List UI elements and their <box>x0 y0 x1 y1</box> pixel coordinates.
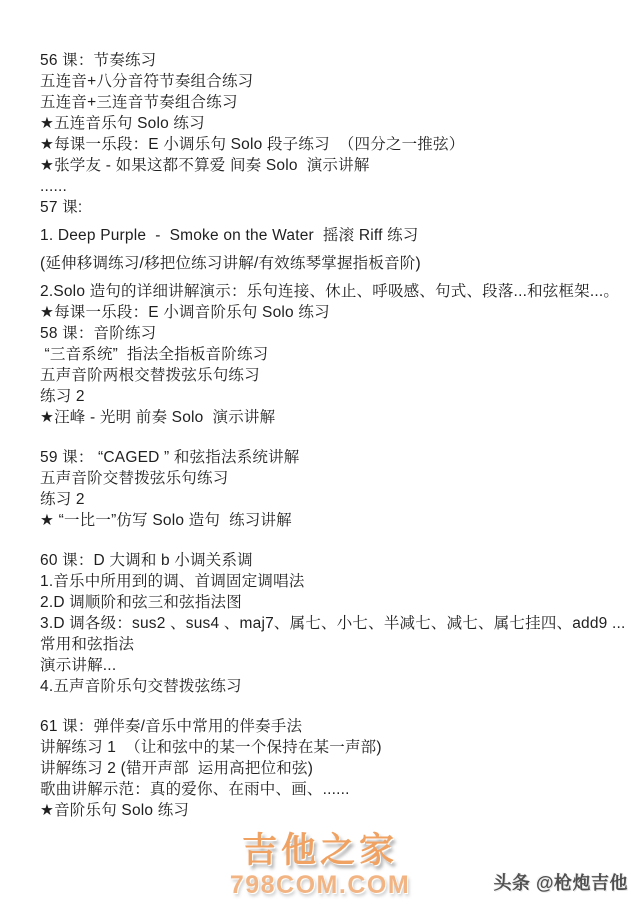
watermark-brand: 吉他之家 <box>0 833 640 869</box>
text-line: 61 课：弹伴奏/音乐中常用的伴奏手法 <box>40 716 634 737</box>
text-line: ★音阶乐句 Solo 练习 <box>40 800 634 821</box>
text-line: 59 课： “CAGED ” 和弦指法系统讲解 <box>40 447 634 468</box>
text-line: 60 课：D 大调和 b 小调关系调 <box>40 550 634 571</box>
text-line: 讲解练习 1 （让和弦中的某一个保持在某一声部) <box>40 737 634 758</box>
text-line: 1.音乐中所用到的调、首调固定调唱法 <box>40 571 634 592</box>
text-line: 2.Solo 造句的详细讲解演示：乐句连接、休止、呼吸感、句式、段落...和弦框… <box>40 281 634 302</box>
text-line: 五连音+三连音节奏组合练习 <box>40 92 634 113</box>
text-line: 3.D 调各级：sus2 、sus4 、maj7、属七、小七、半减七、减七、属七… <box>40 613 634 634</box>
text-line: ★张学友 - 如果这都不算爱 间奏 Solo 演示讲解 <box>40 155 634 176</box>
text-line: 练习 2 <box>40 489 634 510</box>
byline: 头条 @枪炮吉他 <box>493 869 628 895</box>
text-line: 五连音+八分音符节奏组合练习 <box>40 71 634 92</box>
text-line: 常用和弦指法 <box>40 634 634 655</box>
text-line: (延伸移调练习/移把位练习讲解/有效练琴掌握指板音阶) <box>40 253 634 274</box>
lesson-list: 56 课：节奏练习五连音+八分音符节奏组合练习五连音+三连音节奏组合练习★五连音… <box>40 50 634 821</box>
text-line: ★ “一比一”仿写 Solo 造句 练习讲解 <box>40 510 634 531</box>
page: 56 课：节奏练习五连音+八分音符节奏组合练习五连音+三连音节奏组合练习★五连音… <box>0 0 640 905</box>
text-line: ★五连音乐句 Solo 练习 <box>40 113 634 134</box>
text-line: 演示讲解... <box>40 655 634 676</box>
text-line: 练习 2 <box>40 386 634 407</box>
text-line: ★汪峰 - 光明 前奏 Solo 演示讲解 <box>40 407 634 428</box>
text-line: 五声音阶交替拨弦乐句练习 <box>40 468 634 489</box>
text-line: 57 课: <box>40 197 634 218</box>
text-line: ★每课一乐段：E 小调乐句 Solo 段子练习 （四分之一推弦） <box>40 134 634 155</box>
text-line: 4.五声音阶乐句交替拨弦练习 <box>40 676 634 697</box>
text-line: ...... <box>40 176 634 197</box>
text-line: 歌曲讲解示范：真的爱你、在雨中、画、...... <box>40 779 634 800</box>
text-line: 2.D 调顺阶和弦三和弦指法图 <box>40 592 634 613</box>
text-line: 58 课：音阶练习 <box>40 323 634 344</box>
text-line: 1. Deep Purple - Smoke on the Water 摇滚 R… <box>40 225 634 246</box>
text-line: 五声音阶两根交替拨弦乐句练习 <box>40 365 634 386</box>
text-line: 56 课：节奏练习 <box>40 50 634 71</box>
text-line: 讲解练习 2 (错开声部 运用高把位和弦) <box>40 758 634 779</box>
text-line: “三音系统” 指法全指板音阶练习 <box>40 344 634 365</box>
text-line: ★每课一乐段：E 小调音阶乐句 Solo 练习 <box>40 302 634 323</box>
